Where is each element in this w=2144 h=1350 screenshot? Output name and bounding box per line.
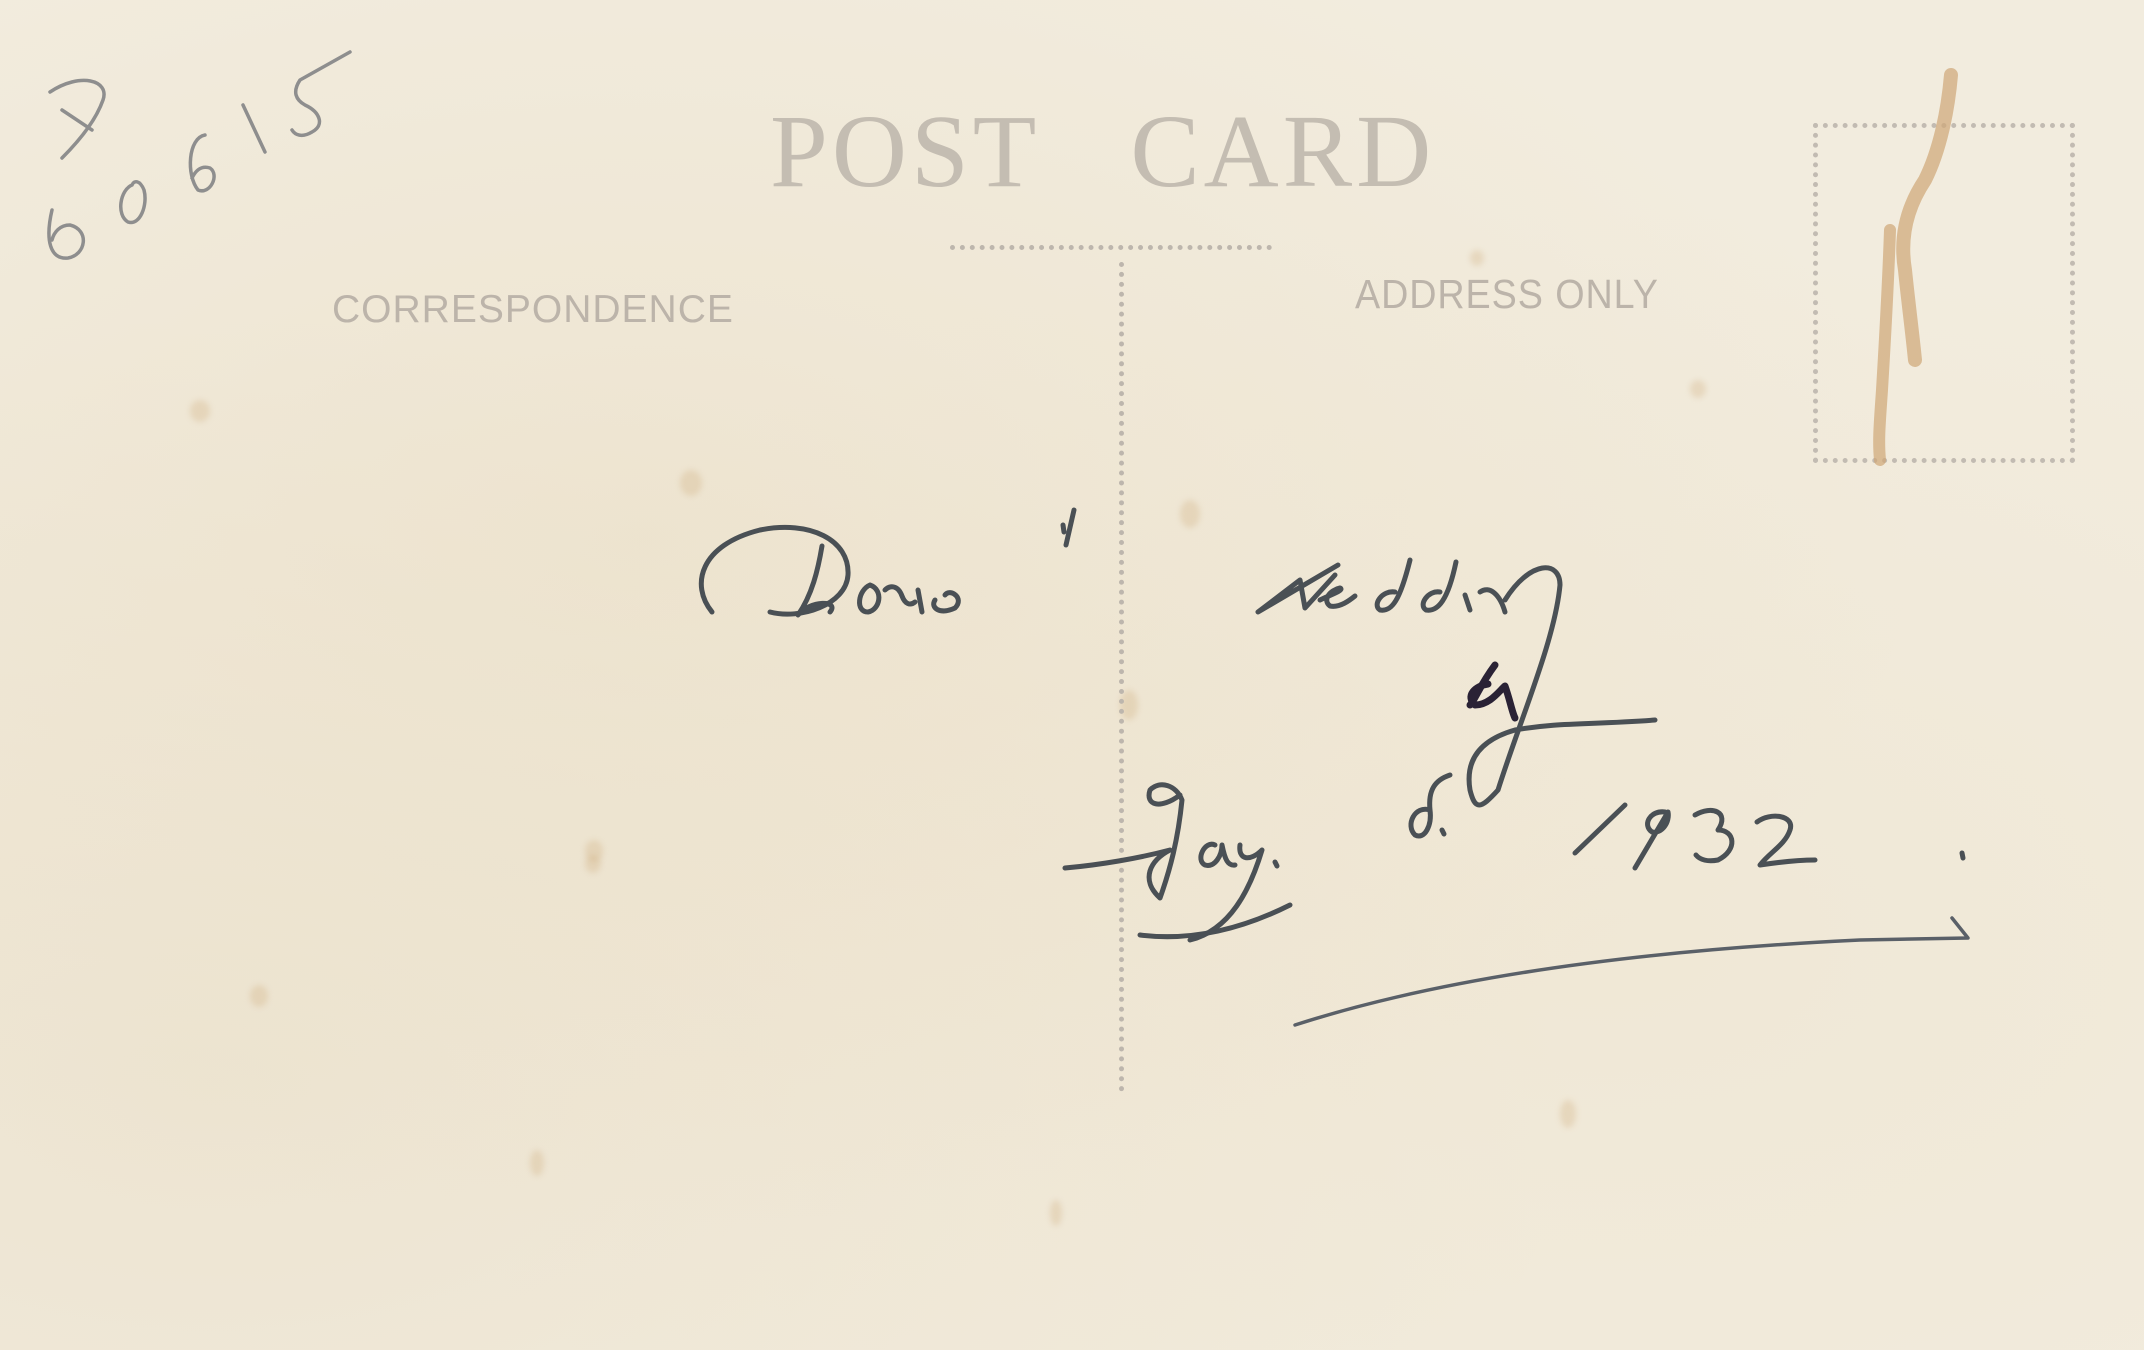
postcard-back: POSTCARD CORRESPONDENCE ADDRESS ONLY D 6…: [0, 0, 2144, 1350]
handwriting-layer: [0, 0, 2144, 1350]
inscription-underline: [1295, 918, 1968, 1025]
inscription-th: [1470, 665, 1515, 718]
inscription-doris: [701, 510, 1074, 615]
inscription-wedding: [1258, 560, 1655, 805]
water-stain: [1879, 75, 1951, 460]
inscription-date: [1065, 775, 1963, 940]
pencil-note: [49, 52, 350, 258]
